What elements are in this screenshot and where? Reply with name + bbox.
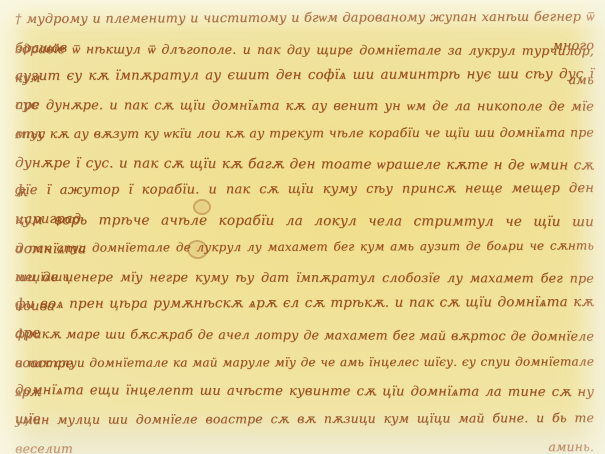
manuscript-line: † мудрому и племениту и чиститому и бгѡм… (15, 3, 594, 34)
manuscript-line: фрикѫ маре ши бѫсѫраб де ачел лотру де м… (15, 320, 594, 351)
manuscript-line: фїе ї ажутор ї корабїи. и пак сѫ щїи кум… (15, 175, 594, 206)
manuscript-line: и пак спуи домнїетале ка май маруле мїу … (15, 347, 594, 377)
manuscript-line: умин мулци ши домнїеле воастре сѫ вѫ пѫз… (15, 404, 594, 435)
manuscript-line: домнїѧта ещи їнцелепт ши ачѣсте кувинте … (15, 377, 594, 408)
manuscript-line: пре дунѫре. и пак сѫ щїи домнїѧта кѫ ау … (15, 92, 594, 122)
manuscript-line: спус кѫ ау вѫзут ку ѡкїи лои кѫ ау треку… (15, 119, 594, 149)
manuscript-page: † мудрому и племениту и чиститому и бгѡм… (0, 0, 605, 454)
manuscript-line: фи воѧ прен цѣра румѫнѣскѫ ѧрѫ єл сѫ трѣ… (15, 289, 594, 320)
manuscript-line: аузит єу кѫ їмпѫратул ау єшит ден софїѧ … (15, 61, 594, 92)
manuscript-line: и пак спуи домнїетале де лукрул лу махам… (15, 232, 594, 263)
manuscript-text-block: † мудрому и племениту и чиститому и бгѡм… (0, 6, 605, 434)
